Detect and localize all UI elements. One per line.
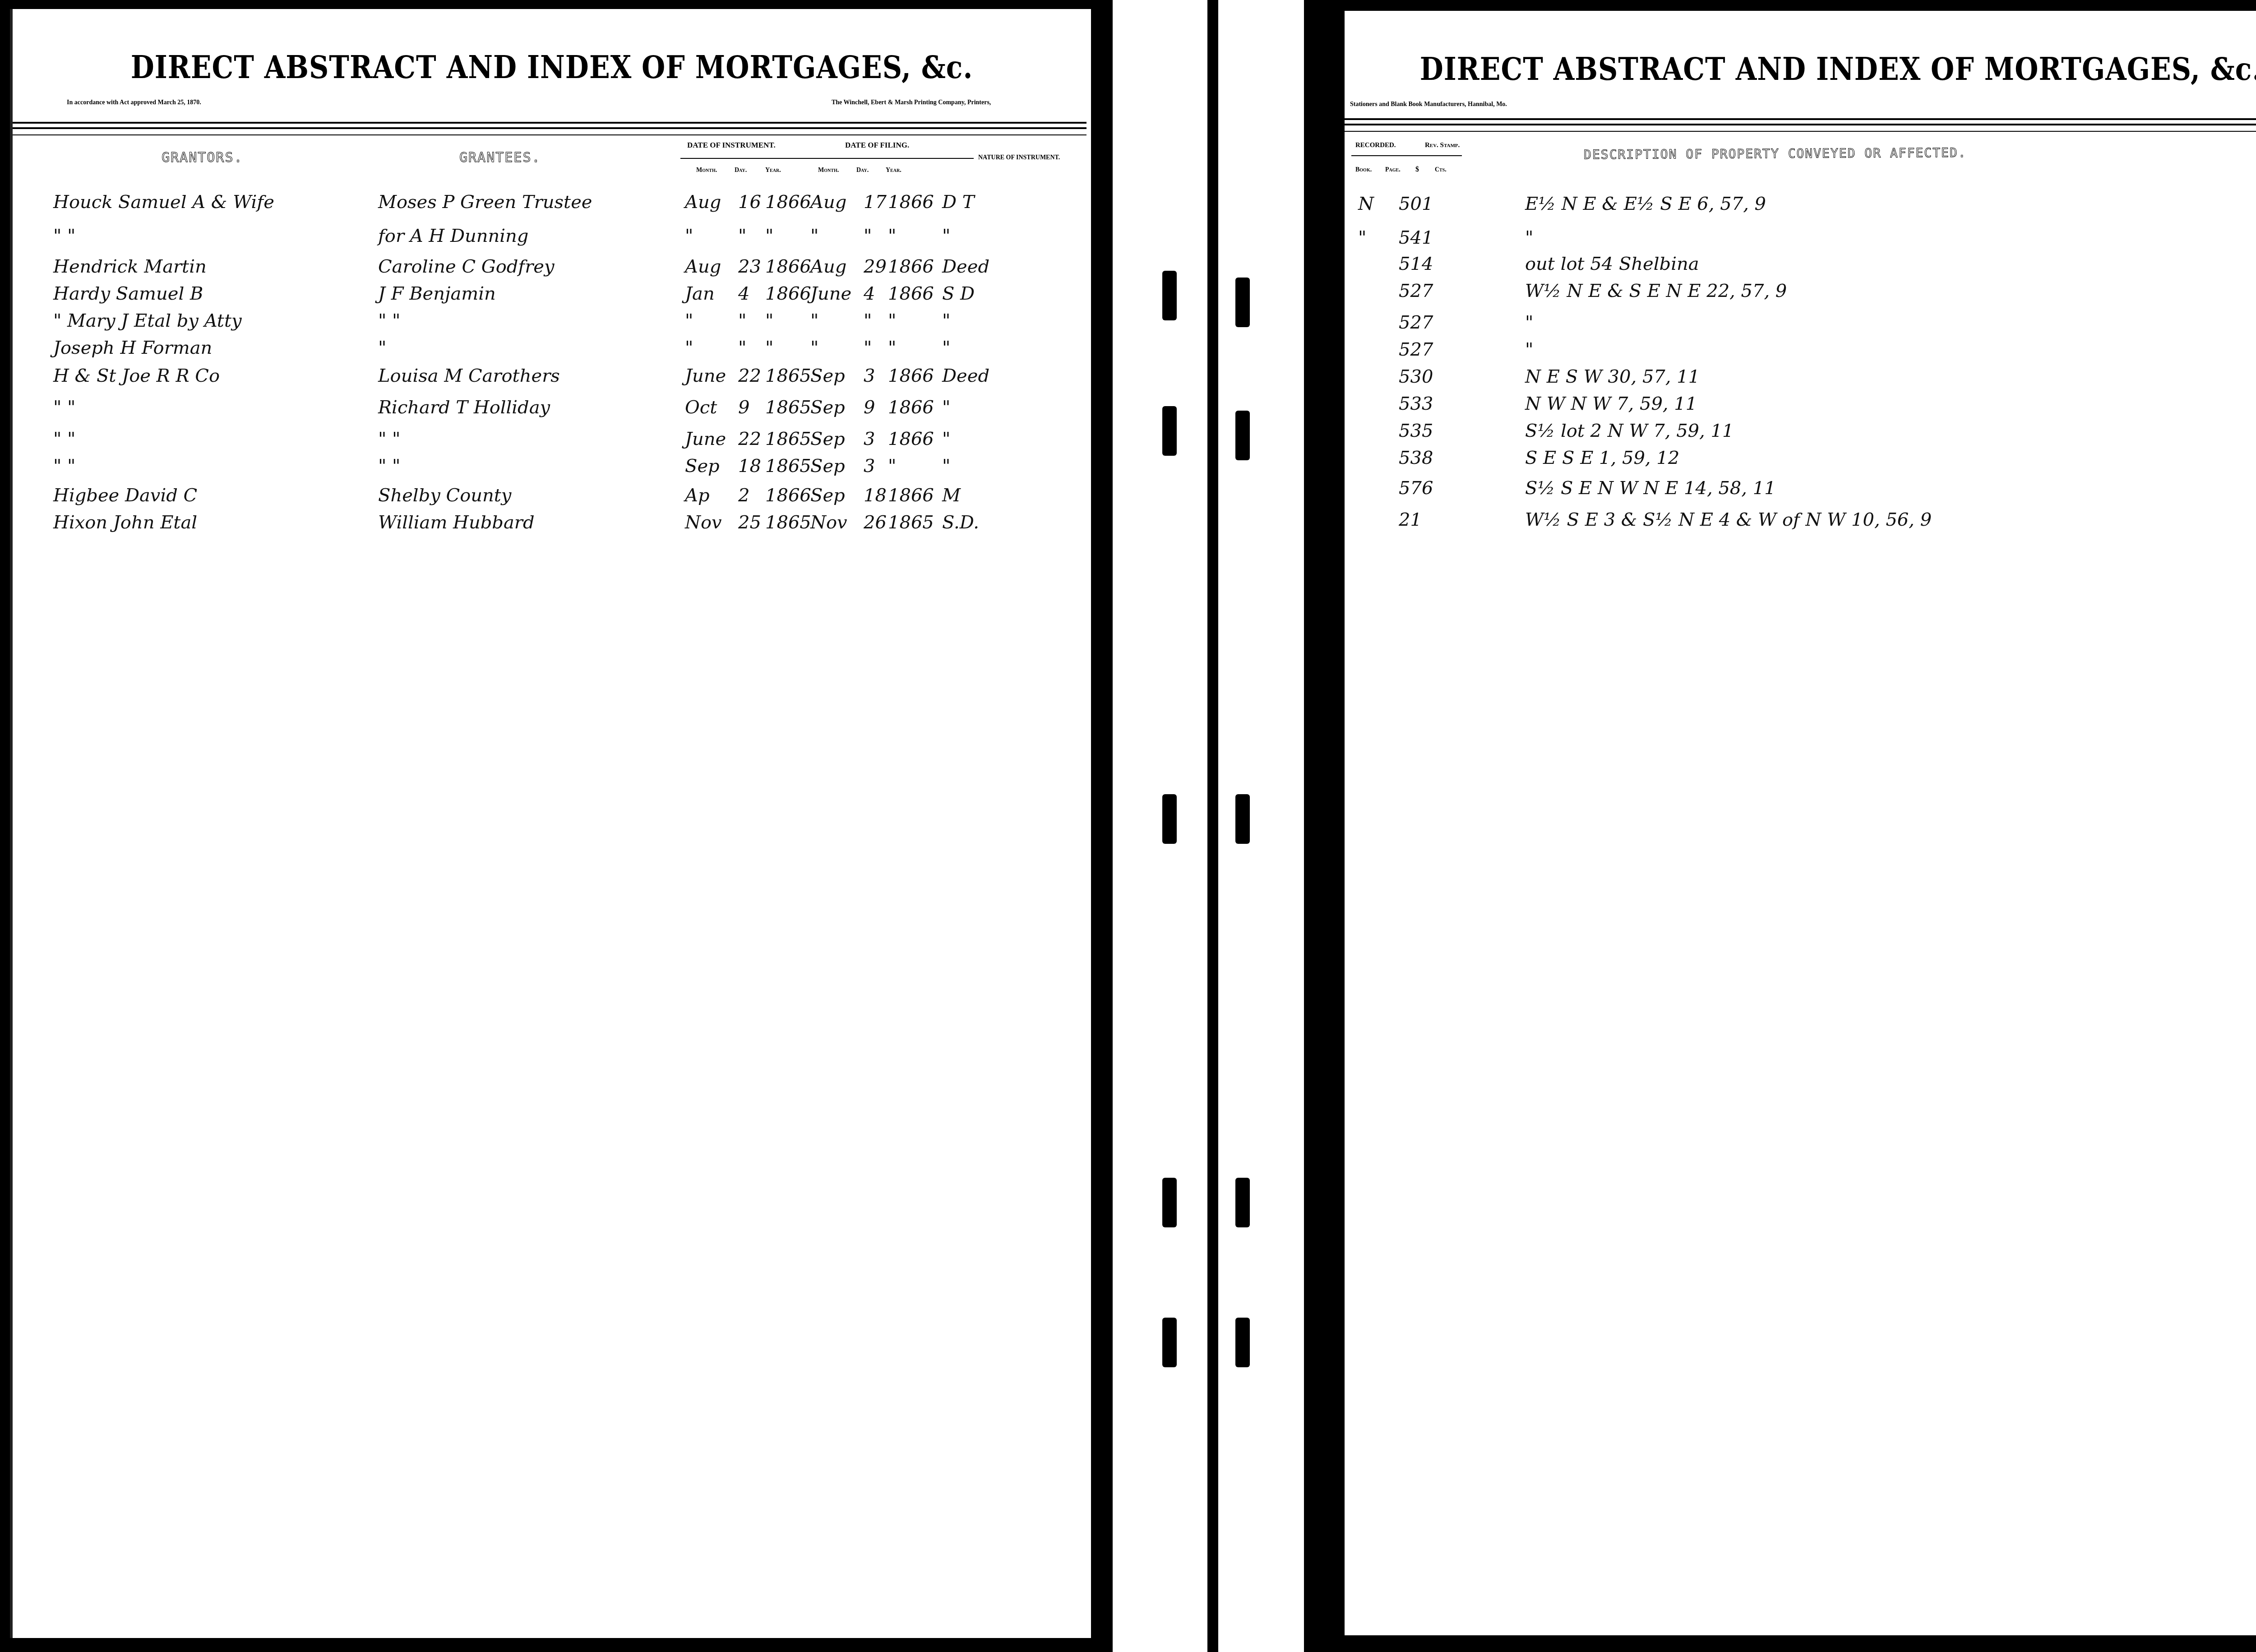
binding-hole xyxy=(1162,406,1177,456)
inst-year-cell: " xyxy=(765,338,773,358)
description-header: DESCRIPTION OF PROPERTY CONVEYED OR AFFE… xyxy=(1584,145,1967,162)
nature-cell: " xyxy=(942,397,950,418)
grantee-cell: " " xyxy=(378,456,401,477)
left-ledger-page: DIRECT ABSTRACT AND INDEX OF MORTGAGES, … xyxy=(10,9,1091,1638)
nature-cell: Deed xyxy=(942,366,989,386)
inst-day-cell: " xyxy=(738,226,746,246)
table-row: Hendrick MartinCaroline C GodfreyAug2318… xyxy=(13,256,1091,283)
description-cell: " xyxy=(1525,339,1533,360)
grantor-cell: H & St Joe R R Co xyxy=(53,366,220,386)
inst-month-cell: Jan xyxy=(685,283,715,304)
binding-hole xyxy=(1235,411,1250,460)
book-cell: N xyxy=(1358,194,1374,214)
binding-hole xyxy=(1162,1178,1177,1227)
table-row: "541" xyxy=(1345,227,2256,255)
file-day-cell: 9 xyxy=(864,397,875,418)
inst-day-cell: 25 xyxy=(738,512,761,533)
inst-day-cell: " xyxy=(738,338,746,358)
page-cell: 21 xyxy=(1399,509,1422,530)
inst-year-cell: 1866 xyxy=(765,192,811,213)
grantor-cell: Hixon John Etal xyxy=(53,512,197,533)
file-month-cell: June xyxy=(810,283,851,304)
right-ledger-page: DIRECT ABSTRACT AND INDEX OF MORTGAGES, … xyxy=(1345,11,2256,1635)
inst-year-cell: 1865 xyxy=(765,512,811,533)
page-cell: 541 xyxy=(1399,227,1433,248)
file-day-cell: 26 xyxy=(864,512,887,533)
file-year-cell: " xyxy=(888,310,896,331)
file-day-cell: 18 xyxy=(864,485,887,506)
binding-hole xyxy=(1162,794,1177,844)
header-rule xyxy=(13,127,1086,129)
table-row: " Mary J Etal by Atty" """""""" xyxy=(13,310,1091,338)
publisher-credit: Stationers and Blank Book Manufacturers,… xyxy=(1350,101,1507,108)
file-day-cell: 4 xyxy=(864,283,875,304)
file-day-cell: 3 xyxy=(864,456,875,477)
file-year-header: Year. xyxy=(886,167,901,174)
file-year-cell: 1866 xyxy=(888,366,934,386)
date-subheader-rule xyxy=(680,158,974,159)
inst-year-cell: 1866 xyxy=(765,485,811,506)
grantee-cell: Moses P Green Trustee xyxy=(378,192,592,213)
grantee-cell: William Hubbard xyxy=(378,512,535,533)
header-rule xyxy=(13,122,1086,124)
file-year-cell: 1865 xyxy=(888,512,934,533)
description-cell: S E S E 1, 59, 12 xyxy=(1525,448,1679,468)
inst-year-cell: 1866 xyxy=(765,256,811,277)
inst-day-cell: 22 xyxy=(738,366,761,386)
inst-month-header: Month. xyxy=(696,167,717,174)
binding-hole xyxy=(1235,1178,1250,1227)
grantor-cell: Higbee David C xyxy=(53,485,197,506)
table-row: 527W½ N E & S E N E 22, 57, 9 xyxy=(1345,281,2256,308)
inst-month-cell: Aug xyxy=(685,256,721,277)
grantor-cell: Joseph H Forman xyxy=(53,338,212,358)
grantor-cell: " " xyxy=(53,456,76,477)
page-cell: 530 xyxy=(1399,366,1433,387)
description-cell: E½ N E & E½ S E 6, 57, 9 xyxy=(1525,194,1766,214)
inst-month-cell: " xyxy=(685,226,693,246)
nature-cell: S.D. xyxy=(942,512,979,533)
table-row: N501E½ N E & E½ S E 6, 57, 9 xyxy=(1345,194,2256,221)
file-year-cell: 1866 xyxy=(888,256,934,277)
nature-cell: " xyxy=(942,429,950,449)
file-month-cell: " xyxy=(810,226,818,246)
file-year-cell: " xyxy=(888,338,896,358)
file-month-cell: Sep xyxy=(810,366,845,386)
file-year-cell: 1866 xyxy=(888,192,934,213)
inst-month-cell: June xyxy=(685,366,726,386)
table-row: H & St Joe R R CoLouisa M CarothersJune2… xyxy=(13,366,1091,393)
grantor-cell: Hardy Samuel B xyxy=(53,283,203,304)
nature-cell: " xyxy=(942,338,950,358)
description-cell: " xyxy=(1525,227,1533,248)
grantor-cell: Hendrick Martin xyxy=(53,256,207,277)
header-rule xyxy=(13,134,1086,135)
book-header: Book. xyxy=(1355,167,1372,174)
inst-month-cell: " xyxy=(685,338,693,358)
inst-day-cell: " xyxy=(738,310,746,331)
grantee-cell: Richard T Holliday xyxy=(378,397,550,418)
recorded-header: RECORDED. xyxy=(1355,142,1396,149)
legal-note: In accordance with Act approved March 25… xyxy=(67,99,201,106)
grantee-cell: J F Benjamin xyxy=(378,283,496,304)
inst-day-cell: 18 xyxy=(738,456,761,477)
inst-month-cell: Oct xyxy=(685,397,717,418)
file-day-cell: 29 xyxy=(864,256,887,277)
page-cell: 538 xyxy=(1399,448,1433,468)
inst-day-cell: 9 xyxy=(738,397,749,418)
description-cell: S½ lot 2 N W 7, 59, 11 xyxy=(1525,421,1734,441)
table-row: Hardy Samuel BJ F BenjaminJan41866June41… xyxy=(13,283,1091,310)
table-row: Houck Samuel A & WifeMoses P Green Trust… xyxy=(13,192,1091,219)
nature-cell: S D xyxy=(942,283,975,304)
description-cell: " xyxy=(1525,312,1533,333)
inst-month-cell: Nov xyxy=(685,512,722,533)
grantors-header: GRANTORS. xyxy=(162,150,243,166)
nature-of-instrument-header: NATURE OF INSTRUMENT. xyxy=(978,154,1060,162)
table-row: 535S½ lot 2 N W 7, 59, 11 xyxy=(1345,421,2256,448)
header-rule xyxy=(1345,131,2256,132)
printer-credit: The Winchell, Ebert & Marsh Printing Com… xyxy=(832,99,991,106)
grantor-cell: " Mary J Etal by Atty xyxy=(53,310,242,331)
nature-cell: D T xyxy=(942,192,974,213)
inst-year-cell: " xyxy=(765,310,773,331)
nature-cell: " xyxy=(942,456,950,477)
page-cell: 527 xyxy=(1399,312,1433,333)
binding-hole xyxy=(1235,278,1250,327)
grantor-cell: " " xyxy=(53,429,76,449)
date-of-instrument-header: DATE OF INSTRUMENT. xyxy=(687,141,776,150)
file-year-cell: 1866 xyxy=(888,397,934,418)
inst-day-cell: 4 xyxy=(738,283,749,304)
grantee-cell: for A H Dunning xyxy=(378,226,528,246)
description-cell: W½ N E & S E N E 22, 57, 9 xyxy=(1525,281,1787,301)
inst-day-header: Day. xyxy=(735,167,747,174)
file-month-cell: " xyxy=(810,310,818,331)
inst-year-cell: 1865 xyxy=(765,429,811,449)
table-row: " "Richard T HollidayOct91865Sep91866" xyxy=(13,397,1091,424)
file-year-cell: 1866 xyxy=(888,485,934,506)
inst-year-header: Year. xyxy=(765,167,781,174)
page-cell: 576 xyxy=(1399,478,1433,499)
file-day-cell: 3 xyxy=(864,429,875,449)
file-day-cell: 17 xyxy=(864,192,887,213)
inst-month-cell: June xyxy=(685,429,726,449)
inst-year-cell: 1865 xyxy=(765,456,811,477)
description-cell: N W N W 7, 59, 11 xyxy=(1525,393,1697,414)
grantor-cell: Houck Samuel A & Wife xyxy=(53,192,274,213)
nature-cell: " xyxy=(942,226,950,246)
grantees-header: GRANTEES. xyxy=(459,150,541,166)
file-day-cell: " xyxy=(864,338,872,358)
grantor-cell: " " xyxy=(53,226,76,246)
dollars-header: $ xyxy=(1415,166,1419,174)
table-row: 533N W N W 7, 59, 11 xyxy=(1345,393,2256,421)
file-day-cell: " xyxy=(864,310,872,331)
header-rule xyxy=(1345,124,2256,125)
grantee-cell: " " xyxy=(378,429,401,449)
table-row: 538S E S E 1, 59, 12 xyxy=(1345,448,2256,475)
table-row: " "" "June221865Sep31866" xyxy=(13,429,1091,456)
inst-day-cell: 16 xyxy=(738,192,761,213)
inst-year-cell: 1865 xyxy=(765,397,811,418)
file-year-cell: 1866 xyxy=(888,283,934,304)
file-month-cell: Sep xyxy=(810,397,845,418)
binding-hole xyxy=(1162,1318,1177,1367)
file-month-cell: Sep xyxy=(810,429,845,449)
inst-month-cell: " xyxy=(685,310,693,331)
inst-month-cell: Ap xyxy=(685,485,710,506)
left-page-title: DIRECT ABSTRACT AND INDEX OF MORTGAGES, … xyxy=(13,50,1091,86)
recorded-subheader-rule xyxy=(1351,155,1462,156)
binding-strip xyxy=(1218,0,1304,1652)
table-row: 527" xyxy=(1345,339,2256,366)
binding-hole xyxy=(1235,794,1250,844)
binding-hole xyxy=(1235,1318,1250,1367)
description-cell: out lot 54 Shelbina xyxy=(1525,254,1699,274)
binding-strip xyxy=(1113,0,1207,1652)
grantee-cell: " xyxy=(378,338,386,358)
grantee-cell: " " xyxy=(378,310,401,331)
table-row: 576S½ S E N W N E 14, 58, 11 xyxy=(1345,478,2256,505)
table-row: " "" "Sep181865Sep3"" xyxy=(13,456,1091,483)
file-month-cell: Nov xyxy=(810,512,847,533)
file-month-cell: Sep xyxy=(810,485,845,506)
file-year-cell: 1866 xyxy=(888,429,934,449)
table-row: Hixon John EtalWilliam HubbardNov251865N… xyxy=(13,512,1091,539)
nature-cell: " xyxy=(942,310,950,331)
page-cell: 527 xyxy=(1399,281,1433,301)
page-header: Page. xyxy=(1385,167,1401,174)
header-rule xyxy=(1345,118,2256,120)
inst-year-cell: 1865 xyxy=(765,366,811,386)
grantor-cell: " " xyxy=(53,397,76,418)
grantee-cell: Louisa M Carothers xyxy=(378,366,560,386)
file-day-cell: " xyxy=(864,226,872,246)
page-cell: 514 xyxy=(1399,254,1433,274)
rev-stamp-header: Rev. Stamp. xyxy=(1425,142,1460,149)
description-cell: S½ S E N W N E 14, 58, 11 xyxy=(1525,478,1776,499)
book-cell: " xyxy=(1358,227,1366,248)
table-row: Joseph H Forman"""""""" xyxy=(13,338,1091,365)
inst-day-cell: 2 xyxy=(738,485,749,506)
grantee-cell: Shelby County xyxy=(378,485,511,506)
nature-cell: M xyxy=(942,485,961,506)
inst-month-cell: Aug xyxy=(685,192,721,213)
table-row: 21W½ S E 3 & S½ N E 4 & W of N W 10, 56,… xyxy=(1345,509,2256,537)
file-month-header: Month. xyxy=(818,167,839,174)
binding-seam xyxy=(1212,31,1215,1652)
right-page-title: DIRECT ABSTRACT AND INDEX OF MORTGAGES, … xyxy=(1345,51,2256,88)
page-cell: 527 xyxy=(1399,339,1433,360)
table-row: 527" xyxy=(1345,312,2256,339)
file-year-cell: " xyxy=(888,456,896,477)
inst-day-cell: 23 xyxy=(738,256,761,277)
nature-cell: Deed xyxy=(942,256,989,277)
file-year-cell: " xyxy=(888,226,896,246)
page-cell: 501 xyxy=(1399,194,1433,214)
inst-year-cell: " xyxy=(765,226,773,246)
table-row: Higbee David CShelby CountyAp21866Sep181… xyxy=(13,485,1091,512)
inst-year-cell: 1866 xyxy=(765,283,811,304)
date-of-filing-header: DATE OF FILING. xyxy=(845,141,909,150)
file-day-cell: 3 xyxy=(864,366,875,386)
description-cell: W½ S E 3 & S½ N E 4 & W of N W 10, 56, 9 xyxy=(1525,509,1932,530)
file-month-cell: " xyxy=(810,338,818,358)
page-cell: 533 xyxy=(1399,393,1433,414)
table-row: 514out lot 54 Shelbina xyxy=(1345,254,2256,281)
cents-header: Cts. xyxy=(1435,167,1447,174)
grantee-cell: Caroline C Godfrey xyxy=(378,256,555,277)
file-day-header: Day. xyxy=(856,167,869,174)
description-cell: N E S W 30, 57, 11 xyxy=(1525,366,1700,387)
inst-month-cell: Sep xyxy=(685,456,720,477)
file-month-cell: Sep xyxy=(810,456,845,477)
inst-day-cell: 22 xyxy=(738,429,761,449)
table-row: " "for A H Dunning""""""" xyxy=(13,226,1091,253)
file-month-cell: Aug xyxy=(810,256,846,277)
page-cell: 535 xyxy=(1399,421,1433,441)
table-row: 530N E S W 30, 57, 11 xyxy=(1345,366,2256,393)
binding-hole xyxy=(1162,271,1177,320)
file-month-cell: Aug xyxy=(810,192,846,213)
